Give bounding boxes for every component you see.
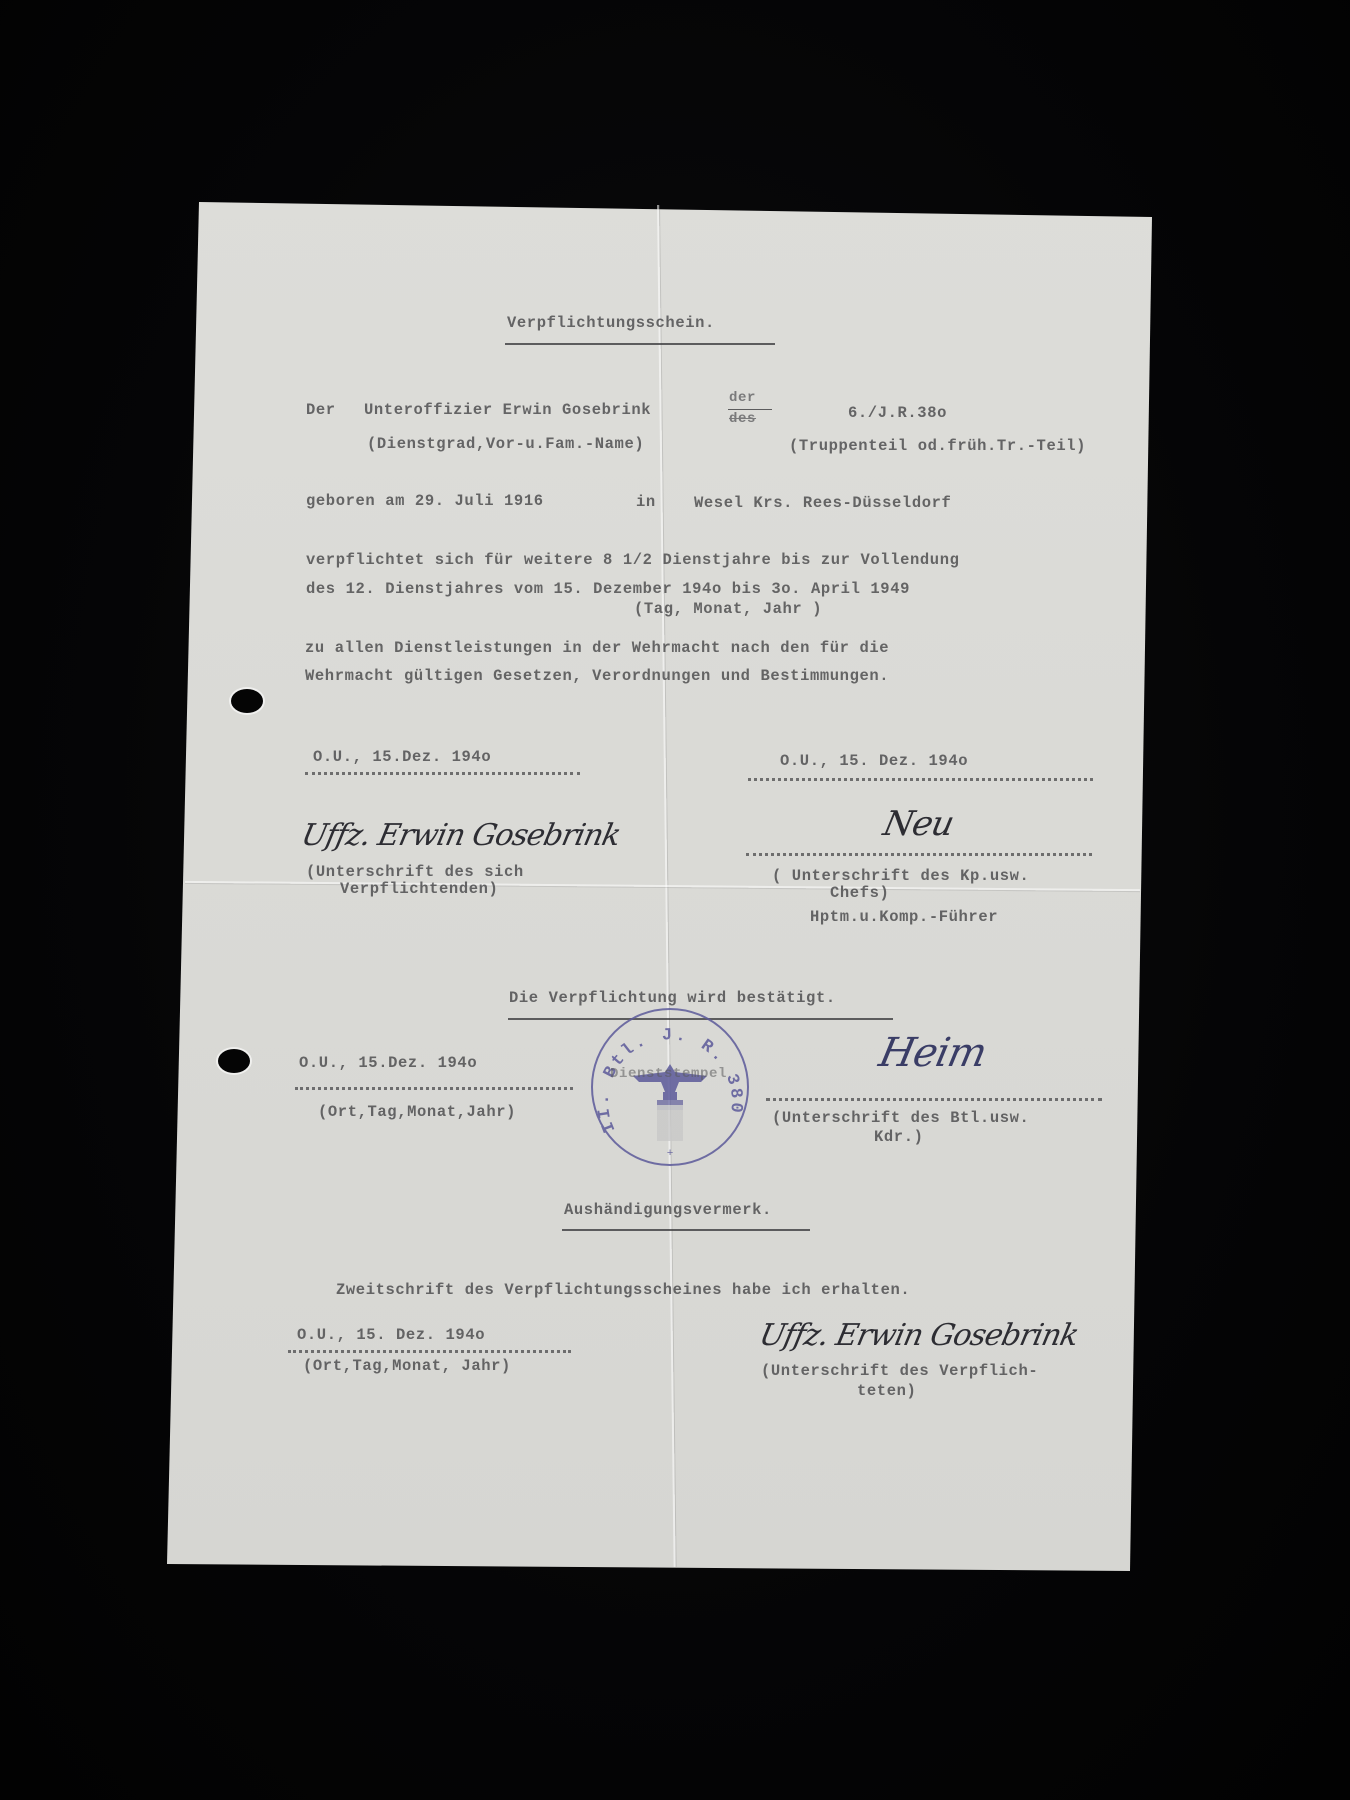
confirmation-date-dots bbox=[295, 1087, 573, 1090]
receipt-sig-caption-2: teten) bbox=[857, 1382, 916, 1400]
commitment-caption: (Tag, Monat, Jahr ) bbox=[634, 600, 822, 618]
punch-hole-bottom bbox=[218, 1049, 250, 1073]
commitment-line-2: des 12. Dienstjahres vom 15. Dezember 19… bbox=[306, 580, 910, 598]
receipt-statement: Zweitschrift des Verpflichtungsscheines … bbox=[336, 1281, 910, 1299]
article-divider bbox=[728, 409, 772, 410]
block1-right-date: O.U., 15. Dez. 194o bbox=[780, 752, 968, 770]
receipt-date-dots bbox=[288, 1350, 571, 1353]
block1-right-caption-1: ( Unterschrift des Kp.usw. bbox=[772, 867, 1029, 885]
commander-caption-2: Kdr.) bbox=[874, 1128, 924, 1146]
block1-left-caption-1: (Unterschrift des sich bbox=[306, 863, 524, 881]
birth-place: Wesel Krs. Rees-Düsseldorf bbox=[694, 494, 951, 512]
line1-prefix: Der bbox=[306, 401, 336, 419]
confirmation-heading: Die Verpflichtung wird bestätigt. bbox=[509, 989, 836, 1007]
rank-and-name: Unteroffizier Erwin Gosebrink bbox=[364, 401, 651, 419]
receipt-date-caption: (Ort,Tag,Monat, Jahr) bbox=[303, 1357, 511, 1375]
rank-name-caption: (Dienstgrad,Vor-u.Fam.-Name) bbox=[367, 435, 644, 453]
block1-right-caption-3: Hptm.u.Komp.-Führer bbox=[810, 908, 998, 926]
receipt-underline bbox=[562, 1229, 810, 1231]
document-sheet: Verpflichtungsschein. Der Unteroffizier … bbox=[0, 0, 1350, 1800]
receipt-sig-caption-1: (Unterschrift des Verpflich- bbox=[761, 1362, 1038, 1380]
title-underline bbox=[505, 343, 775, 345]
commander-sig-dots bbox=[766, 1098, 1102, 1101]
document-title: Verpflichtungsschein. bbox=[507, 314, 715, 332]
article-der: der bbox=[729, 390, 756, 406]
block1-left-date: O.U., 15.Dez. 194o bbox=[313, 748, 491, 766]
stamp-graphic: II. Btl. J. R. 380 + bbox=[593, 1010, 747, 1164]
block1-right-sig-dots bbox=[746, 853, 1092, 856]
stamp-center-text: Dienststempel bbox=[610, 1066, 727, 1082]
block1-right-dotted bbox=[748, 778, 1093, 781]
unit: 6./J.R.38o bbox=[848, 404, 947, 422]
birth-in: in bbox=[636, 493, 656, 511]
article-des-struck: des bbox=[729, 411, 756, 427]
block1-left-dots bbox=[305, 772, 580, 775]
service-line-2: Wehrmacht gültigen Gesetzen, Verordnunge… bbox=[305, 667, 889, 685]
block1-left-signature: Uffz. Erwin Gosebrink bbox=[298, 818, 623, 853]
block1-right-caption-2: Chefs) bbox=[830, 884, 889, 902]
block1-right-signature: Neu bbox=[880, 804, 957, 844]
receipt-heading: Aushändigungsvermerk. bbox=[564, 1201, 772, 1219]
stamp-star-icon: + bbox=[667, 1148, 674, 1160]
confirmation-date: O.U., 15.Dez. 194o bbox=[299, 1054, 477, 1072]
birth-date: geboren am 29. Juli 1916 bbox=[306, 492, 544, 510]
receipt-signature: Uffz. Erwin Gosebrink bbox=[756, 1318, 1081, 1353]
commander-caption-1: (Unterschrift des Btl.usw. bbox=[772, 1109, 1029, 1127]
receipt-date: O.U., 15. Dez. 194o bbox=[297, 1326, 485, 1344]
punch-hole-top bbox=[231, 689, 263, 713]
commander-signature: Heim bbox=[875, 1030, 990, 1076]
block1-left-caption-2: Verpflichtenden) bbox=[340, 880, 498, 898]
unit-caption: (Truppenteil od.früh.Tr.-Teil) bbox=[789, 437, 1086, 455]
redacted-area bbox=[657, 1105, 683, 1141]
service-line-1: zu allen Dienstleistungen in der Wehrmac… bbox=[305, 639, 889, 657]
confirmation-date-caption: (Ort,Tag,Monat,Jahr) bbox=[318, 1103, 516, 1121]
unit-stamp: II. Btl. J. R. 380 + bbox=[591, 1008, 749, 1166]
commitment-line-1: verpflichtet sich für weitere 8 1/2 Dien… bbox=[306, 551, 960, 569]
